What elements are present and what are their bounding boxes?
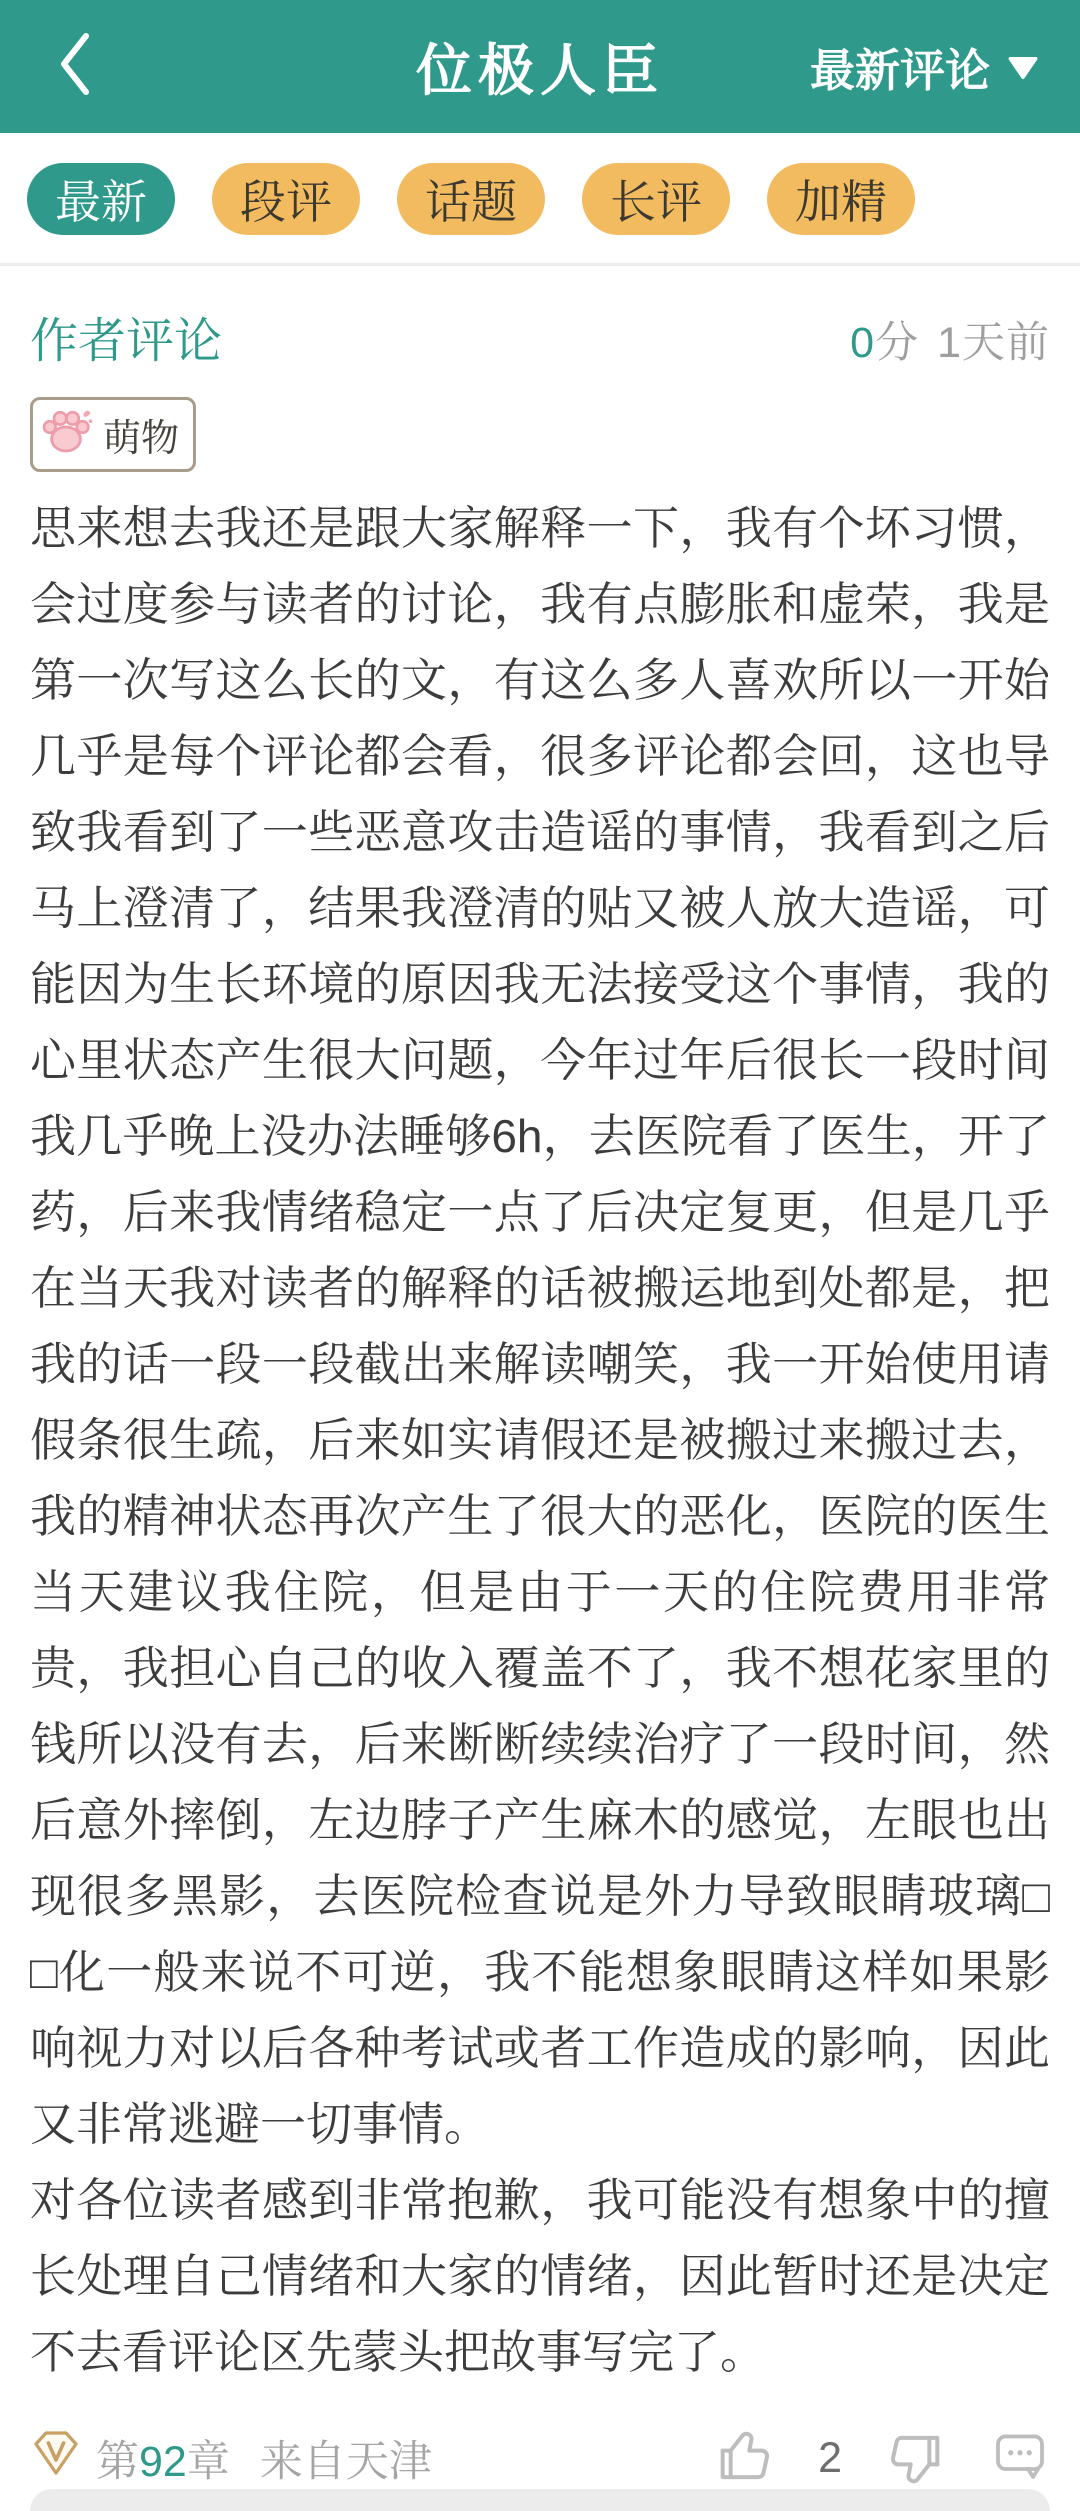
comment-card: 作者评论 0分1天前 萌物 思来想去我还是跟大家解释一下，我有个坏习惯，会过度参… bbox=[0, 302, 1080, 2493]
filter-chip-paragraph-comments[interactable]: 段评 bbox=[212, 163, 360, 235]
author-tag-badge[interactable]: 萌物 bbox=[30, 397, 196, 472]
comment-header: 作者评论 0分1天前 bbox=[30, 302, 1050, 371]
vip-gem-icon bbox=[30, 2427, 82, 2490]
filter-chip-latest[interactable]: 最新 bbox=[27, 163, 175, 235]
comment-input-bar[interactable] bbox=[30, 2489, 1050, 2511]
filter-chip-featured[interactable]: 加精 bbox=[767, 163, 915, 235]
chip-label: 加精 bbox=[795, 166, 887, 232]
reply-button[interactable] bbox=[990, 2426, 1050, 2491]
filter-chip-long-comments[interactable]: 长评 bbox=[582, 163, 730, 235]
thumbs-down-button[interactable] bbox=[884, 2427, 948, 2491]
header-bar: 位极人臣 最新评论 bbox=[0, 0, 1080, 133]
thumbs-down-icon bbox=[884, 2427, 948, 2491]
chapter-number: 92 bbox=[139, 2438, 187, 2486]
chip-label: 长评 bbox=[610, 166, 702, 232]
comment-time: 1天前 bbox=[937, 319, 1050, 367]
filter-chip-topics[interactable]: 话题 bbox=[397, 163, 545, 235]
badge-label: 萌物 bbox=[103, 407, 179, 462]
comment-dots-icon bbox=[990, 2426, 1050, 2491]
chevron-down-icon bbox=[1006, 41, 1040, 93]
location-text: 来自天津 bbox=[260, 2428, 432, 2489]
filter-chips-row: 最新 段评 话题 长评 加精 bbox=[0, 133, 1080, 235]
chip-label: 话题 bbox=[425, 166, 517, 232]
comment-footer: 第92章 来自天津 2 bbox=[30, 2424, 1050, 2493]
chapter-link[interactable]: 第92章 来自天津 bbox=[30, 2427, 432, 2490]
sort-label: 最新评论 bbox=[810, 34, 990, 99]
thumbs-up-button[interactable] bbox=[712, 2424, 776, 2493]
chapter-text: 第92章 bbox=[96, 2428, 230, 2489]
comment-body-text: 思来想去我还是跟大家解释一下，我有个坏习惯，会过度参与读者的讨论，我有点膨胀和虚… bbox=[30, 490, 1050, 2390]
like-count: 2 bbox=[818, 2434, 842, 2483]
chip-label: 最新 bbox=[55, 166, 147, 232]
author-comment-label: 作者评论 bbox=[30, 302, 222, 371]
score-value: 0 bbox=[850, 319, 875, 367]
sort-dropdown[interactable]: 最新评论 bbox=[810, 0, 1040, 133]
comment-meta: 0分1天前 bbox=[850, 309, 1050, 370]
thumbs-up-icon bbox=[712, 2424, 776, 2493]
paw-icon bbox=[39, 404, 95, 465]
chip-label: 段评 bbox=[240, 166, 332, 232]
section-divider bbox=[0, 263, 1080, 266]
score-unit: 分 bbox=[875, 319, 919, 367]
comment-actions: 2 bbox=[712, 2424, 1050, 2493]
